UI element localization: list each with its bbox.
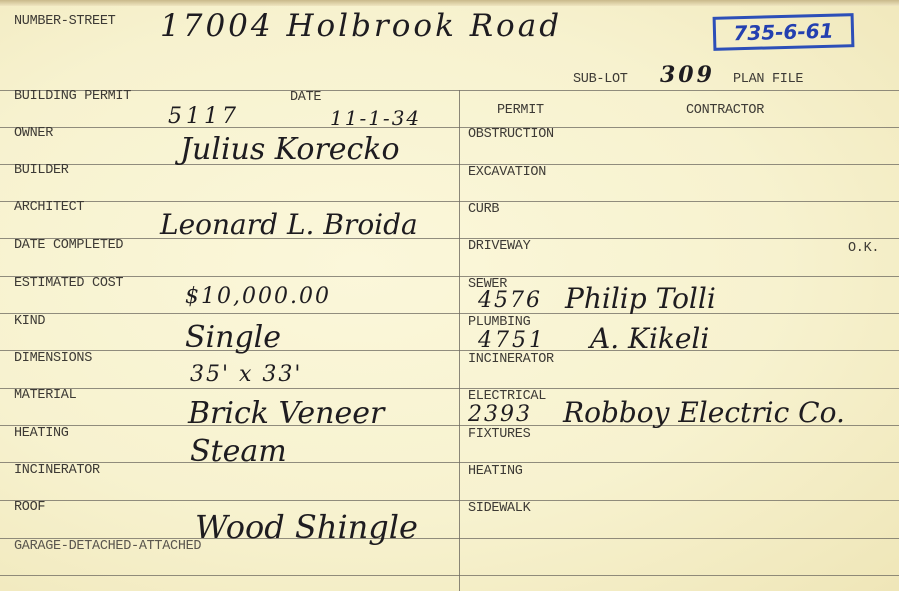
rule — [0, 462, 899, 463]
field-label-dimensions: DIMENSIONS — [14, 351, 92, 366]
field-label-incinerator: INCINERATOR — [14, 463, 100, 478]
field-label-builder: BUILDER — [14, 163, 69, 178]
field-label-estimated-cost: ESTIMATED COST — [14, 276, 123, 291]
field-label-obstruction: OBSTRUCTION — [468, 127, 554, 142]
driveway-note: O.K. — [848, 241, 879, 256]
rule — [0, 575, 899, 576]
plumbing-contractor-value: A. Kikeli — [590, 322, 709, 355]
sewer-contractor-value: Philip Tolli — [565, 282, 716, 315]
card-top-edge — [0, 0, 899, 6]
rule — [0, 90, 899, 91]
number-street-label: NUMBER-STREET — [14, 14, 115, 29]
field-label-curb: CURB — [468, 202, 499, 217]
field-label-owner: OWNER — [14, 126, 53, 141]
number-street-value: 17004 Holbrook Road — [160, 8, 562, 44]
heating-value: Steam — [190, 434, 287, 469]
field-label-fixtures: FIXTURES — [468, 427, 530, 442]
building-permit-value: 5117 — [168, 104, 240, 129]
file-number-stamp: 735-6-61 — [713, 13, 855, 51]
field-label-architect: ARCHITECT — [14, 200, 84, 215]
material-value: Brick Veneer — [188, 396, 384, 431]
plumbing-permit-value: 4751 — [478, 328, 546, 353]
field-label-date-completed: DATE COMPLETED — [14, 238, 123, 253]
date-label: DATE — [290, 90, 321, 105]
electrical-permit-value: 2393 — [468, 402, 532, 427]
contractor-column-header: CONTRACTOR — [686, 103, 764, 118]
rule — [0, 276, 899, 277]
estimated-cost-value: $10,000.00 — [185, 284, 331, 309]
sub-lot-label: SUB-LOT — [573, 72, 628, 87]
field-label-kind: KIND — [14, 314, 45, 329]
field-label-heating: HEATING — [14, 426, 69, 441]
field-label-driveway: DRIVEWAY — [468, 239, 530, 254]
rule — [0, 350, 899, 351]
permit-column-header: PERMIT — [497, 103, 544, 118]
rule — [0, 164, 899, 165]
rule — [0, 201, 899, 202]
owner-value: Julius Korecko — [180, 132, 400, 167]
rule — [0, 388, 899, 389]
rule — [0, 127, 899, 128]
kind-value: Single — [185, 320, 281, 355]
rule — [0, 313, 899, 314]
rule — [0, 238, 899, 239]
architect-value: Leonard L. Broida — [160, 208, 418, 241]
field-label-building-permit: BUILDING PERMIT — [14, 89, 131, 104]
sewer-permit-value: 4576 — [478, 288, 542, 313]
field-label-garage: GARAGE-DETACHED-ATTACHED — [14, 539, 201, 554]
column-divider — [459, 90, 460, 591]
field-label-heating-permit: HEATING — [468, 464, 523, 479]
date-value: 11-1-34 — [330, 106, 421, 130]
field-label-material: MATERIAL — [14, 388, 76, 403]
field-label-incinerator-permit: INCINERATOR — [468, 352, 554, 367]
permit-card: NUMBER-STREET 17004 Holbrook Road 735-6-… — [0, 0, 899, 591]
field-label-sidewalk: SIDEWALK — [468, 501, 530, 516]
roof-value: Wood Shingle — [195, 508, 418, 546]
dimensions-value: 35' x 33' — [190, 362, 302, 387]
field-label-roof: ROOF — [14, 500, 45, 515]
rule — [0, 500, 899, 501]
sub-lot-value: 309 — [660, 62, 715, 88]
field-label-excavation: EXCAVATION — [468, 165, 546, 180]
plan-file-label: PLAN FILE — [733, 72, 803, 87]
electrical-contractor-value: Robboy Electric Co. — [563, 396, 845, 429]
